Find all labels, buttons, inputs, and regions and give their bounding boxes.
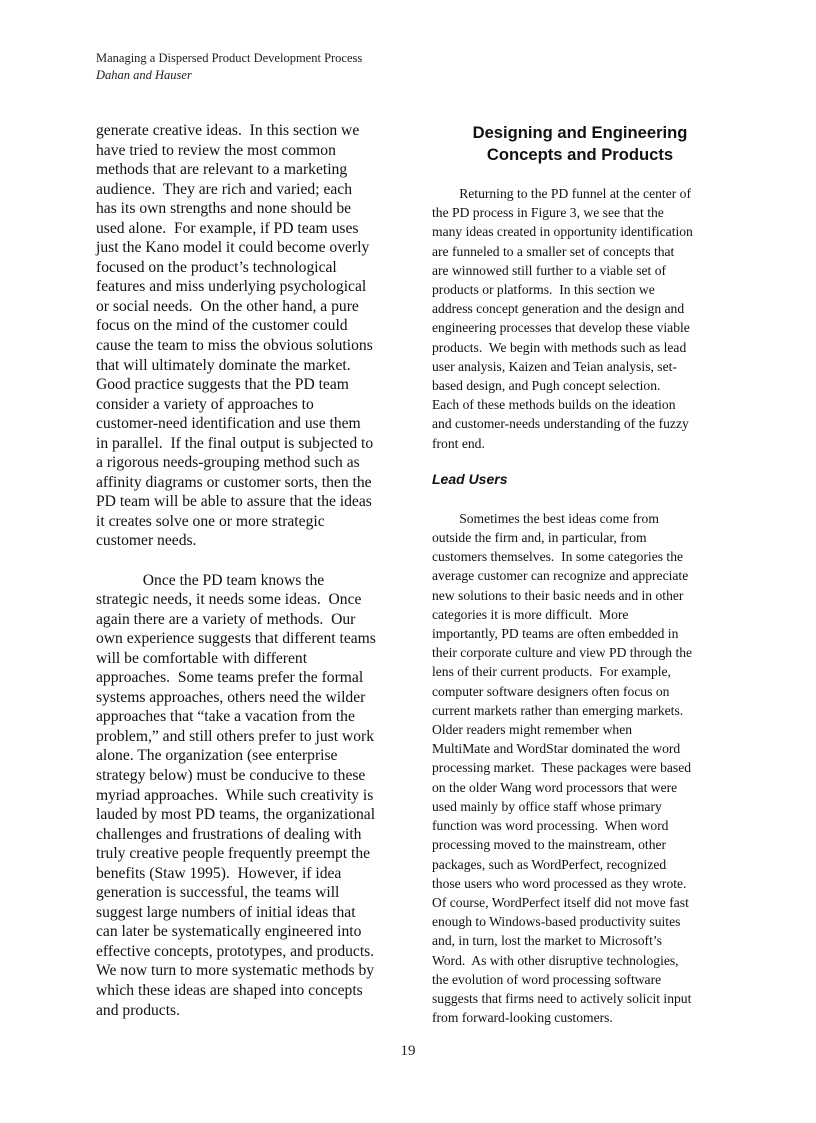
text-line: challenges and frustrations of dealing w…: [96, 825, 396, 845]
text-line: features and miss underlying psychologic…: [96, 277, 396, 297]
text-line: and, in turn, lost the market to Microso…: [432, 931, 728, 950]
page-number: 19: [0, 1043, 816, 1060]
text-line: products. We begin with methods such as …: [432, 338, 728, 357]
text-line: strategy below) must be conducive to the…: [96, 766, 396, 786]
text-line: many ideas created in opportunity identi…: [432, 222, 728, 241]
paragraph-customer-needs: generate creative ideas. In this section…: [96, 121, 396, 551]
text-line: again there are a variety of methods. Ou…: [96, 610, 396, 630]
text-line: and customer-needs understanding of the …: [432, 414, 728, 433]
text-line: Older readers might remember when: [432, 720, 728, 739]
text-line: average customer can recognize and appre…: [432, 566, 728, 585]
paragraph-gap: [96, 551, 396, 571]
text-line: engineering processes that develop these…: [432, 318, 728, 337]
text-line: own experience suggests that different t…: [96, 629, 396, 649]
text-line: focus on the mind of the customer could: [96, 316, 396, 336]
text-line: the evolution of word processing softwar…: [432, 970, 728, 989]
paragraph-lead-users: Sometimes the best ideas come fromoutsid…: [432, 509, 728, 1027]
text-line: categories it is more difficult. More: [432, 605, 728, 624]
text-line: Good practice suggests that the PD team: [96, 375, 396, 395]
text-line: Each of these methods builds on the idea…: [432, 395, 728, 414]
text-line: used alone. For example, if PD team uses: [96, 219, 396, 239]
text-line: based design, and Pugh concept selection…: [432, 376, 728, 395]
text-line: benefits (Staw 1995). However, if idea: [96, 864, 396, 884]
text-line: address concept generation and the desig…: [432, 299, 728, 318]
left-column: generate creative ideas. In this section…: [96, 121, 396, 1020]
text-line: current markets rather than emerging mar…: [432, 701, 728, 720]
text-line: a rigorous needs-grouping method such as: [96, 453, 396, 473]
text-line: which these ideas are shaped into concep…: [96, 981, 396, 1001]
text-line: MultiMate and WordStar dominated the wor…: [432, 739, 728, 758]
text-line: those users who word processed as they w…: [432, 874, 728, 893]
text-line: that will ultimately dominate the market…: [96, 356, 396, 376]
text-line: audience. They are rich and varied; each: [96, 180, 396, 200]
text-line: just the Kano model it could become over…: [96, 238, 396, 258]
text-line: affinity diagrams or customer sorts, the…: [96, 473, 396, 493]
text-line: their corporate culture and view PD thro…: [432, 643, 728, 662]
text-line: are winnowed still further to a viable s…: [432, 261, 728, 280]
text-line: products or platforms. In this section w…: [432, 280, 728, 299]
text-line: suggest large numbers of initial ideas t…: [96, 903, 396, 923]
text-line: front end.: [432, 434, 728, 453]
text-line: enough to Windows-based productivity sui…: [432, 912, 728, 931]
text-line: effective concepts, prototypes, and prod…: [96, 942, 396, 962]
section-heading-line-2: Concepts and Products: [432, 144, 728, 166]
authors: Dahan and Hauser: [96, 67, 362, 84]
text-line: user analysis, Kaizen and Teian analysis…: [432, 357, 728, 376]
text-line: cause the team to miss the obvious solut…: [96, 336, 396, 356]
text-line: generate creative ideas. In this section…: [96, 121, 396, 141]
paragraph-intro: Returning to the PD funnel at the center…: [432, 184, 728, 453]
text-line: on the older Wang word processors that w…: [432, 778, 728, 797]
text-line: and products.: [96, 1001, 396, 1021]
text-line: alone. The organization (see enterprise: [96, 746, 396, 766]
text-line: customer needs.: [96, 531, 396, 551]
text-line: computer software designers often focus …: [432, 682, 728, 701]
text-line: methods that are relevant to a marketing: [96, 160, 396, 180]
text-line: suggests that firms need to actively sol…: [432, 989, 728, 1008]
text-line: We now turn to more systematic methods b…: [96, 961, 396, 981]
text-line: approaches that “take a vacation from th…: [96, 707, 396, 727]
text-line: lauded by most PD teams, the organizatio…: [96, 805, 396, 825]
text-line: Word. As with other disruptive technolog…: [432, 951, 728, 970]
text-line: from forward-looking customers.: [432, 1008, 728, 1027]
right-column: Designing and Engineering Concepts and P…: [432, 121, 728, 1027]
text-line: Of course, WordPerfect itself did not mo…: [432, 893, 728, 912]
text-line: function was word processing. When word: [432, 816, 728, 835]
text-line: customer-need identification and use the…: [96, 414, 396, 434]
subsection-heading-lead-users: Lead Users: [432, 469, 728, 489]
text-line: problem,” and still others prefer to jus…: [96, 727, 396, 747]
text-line: Sometimes the best ideas come from: [432, 509, 728, 528]
text-line: new solutions to their basic needs and i…: [432, 586, 728, 605]
running-header: Managing a Dispersed Product Development…: [96, 50, 362, 84]
text-line: Once the PD team knows the: [96, 571, 396, 591]
text-line: can later be systematically engineered i…: [96, 922, 396, 942]
text-line: in parallel. If the final output is subj…: [96, 434, 396, 454]
text-line: have tried to review the most common: [96, 141, 396, 161]
text-line: outside the firm and, in particular, fro…: [432, 528, 728, 547]
text-line: generation is successful, the teams will: [96, 883, 396, 903]
text-line: approaches. Some teams prefer the formal: [96, 668, 396, 688]
text-line: it creates solve one or more strategic: [96, 512, 396, 532]
text-line: packages, such as WordPerfect, recognize…: [432, 855, 728, 874]
text-line: are funneled to a smaller set of concept…: [432, 242, 728, 261]
section-heading-line-1: Designing and Engineering: [432, 122, 728, 144]
text-line: has its own strengths and none should be: [96, 199, 396, 219]
document-title: Managing a Dispersed Product Development…: [96, 50, 362, 67]
text-line: truly creative people frequently preempt…: [96, 844, 396, 864]
text-line: or social needs. On the other hand, a pu…: [96, 297, 396, 317]
text-line: customers themselves. In some categories…: [432, 547, 728, 566]
text-line: the PD process in Figure 3, we see that …: [432, 203, 728, 222]
text-line: will be comfortable with different: [96, 649, 396, 669]
section-heading: Designing and Engineering Concepts and P…: [432, 121, 728, 166]
text-line: processing moved to the mainstream, othe…: [432, 835, 728, 854]
text-line: systems approaches, others need the wild…: [96, 688, 396, 708]
text-line: lens of their current products. For exam…: [432, 662, 728, 681]
text-line: importantly, PD teams are often embedded…: [432, 624, 728, 643]
text-line: strategic needs, it needs some ideas. On…: [96, 590, 396, 610]
paragraph-idea-generation: Once the PD team knows thestrategic need…: [96, 571, 396, 1021]
text-line: consider a variety of approaches to: [96, 395, 396, 415]
text-line: PD team will be able to assure that the …: [96, 492, 396, 512]
text-line: focused on the product’s technological: [96, 258, 396, 278]
text-line: Returning to the PD funnel at the center…: [432, 184, 728, 203]
text-line: used mainly by office staff whose primar…: [432, 797, 728, 816]
text-line: myriad approaches. While such creativity…: [96, 786, 396, 806]
text-line: processing market. These packages were b…: [432, 758, 728, 777]
